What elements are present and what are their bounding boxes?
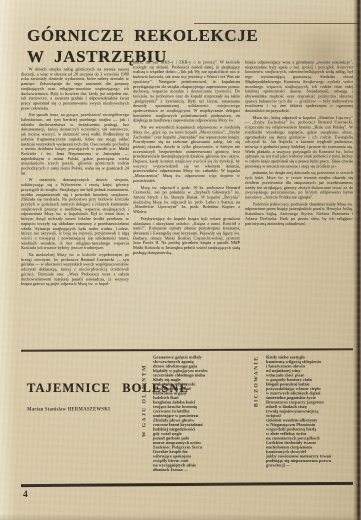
page-number: 4 xyxy=(23,490,28,500)
section-divider-rule xyxy=(21,348,353,352)
article-paragraph: księża odprawiający wraz z górnikami „sw… xyxy=(245,60,353,113)
header-rule xyxy=(194,23,361,24)
bottom-edge-shading xyxy=(0,514,361,520)
poem-line: grawitacji — xyxy=(266,463,358,468)
article-paragraph: Msza św., którą odprawił w kopalni „Mani… xyxy=(245,115,353,168)
article-paragraph: Przybywający do kopalń księża byli witan… xyxy=(133,216,240,255)
article-title-line1: GÓRNICZE REKOLEKCJE xyxy=(27,26,258,45)
scanned-newspaper-page: GÓRNICZE REKOLEKCJEW JASTRZĘBIU W dniach… xyxy=(0,0,361,520)
footer-rule xyxy=(21,482,353,487)
right-scan-edge-shadow xyxy=(353,0,361,520)
article-paragraph: jednania, bo dzięki niej dokonała się pr… xyxy=(245,171,353,200)
article-paragraph: niach, tak jak MKS-y i ZKR-y o to proszą… xyxy=(133,60,240,123)
article-paragraph: W dniach strajku załóg górniczych na ter… xyxy=(21,67,129,111)
poem-2-vertical-title: BICZOWANIE xyxy=(253,356,259,407)
poem-1-vertical-title: W GAJU OLIWNYM xyxy=(141,364,147,437)
article-paragraph: Nie we wszystkich kopalniach odprawiono … xyxy=(133,125,240,183)
article-paragraph: Podobnie jednoczący, podniosły charakter… xyxy=(245,202,353,226)
left-margin-shading xyxy=(0,0,16,520)
article-column-3: księża odprawiający wraz z górnikami „sw… xyxy=(245,60,353,342)
article-column-1: W dniach strajku załóg górniczych na ter… xyxy=(21,67,129,347)
article-paragraph: Mszę św. odprawił o godz. 10 ks. probosz… xyxy=(133,185,240,214)
article-column-2: niach, tak jak MKS-y i ZKR-y o to proszą… xyxy=(133,60,240,342)
poem-2: Kiedy niebo zastygłokamienną wilgocią sk… xyxy=(266,355,358,482)
poem-line: dłoniach Jezusa — xyxy=(153,468,254,473)
poem-1: Granatowe gałęzie mdlałyskrwawionych ago… xyxy=(153,355,254,475)
article-paragraph: Na niedzielnej Mszy św. w kościele wypeł… xyxy=(21,253,129,287)
article-paragraph: W ostatnich, dramatycznych dniach sierpn… xyxy=(21,178,129,251)
feature-author: Marian Stanisław HERMASZEWSKI xyxy=(27,407,110,412)
article-paragraph: Nie sposób teraz, na gorąco, przedstawić… xyxy=(21,113,129,176)
